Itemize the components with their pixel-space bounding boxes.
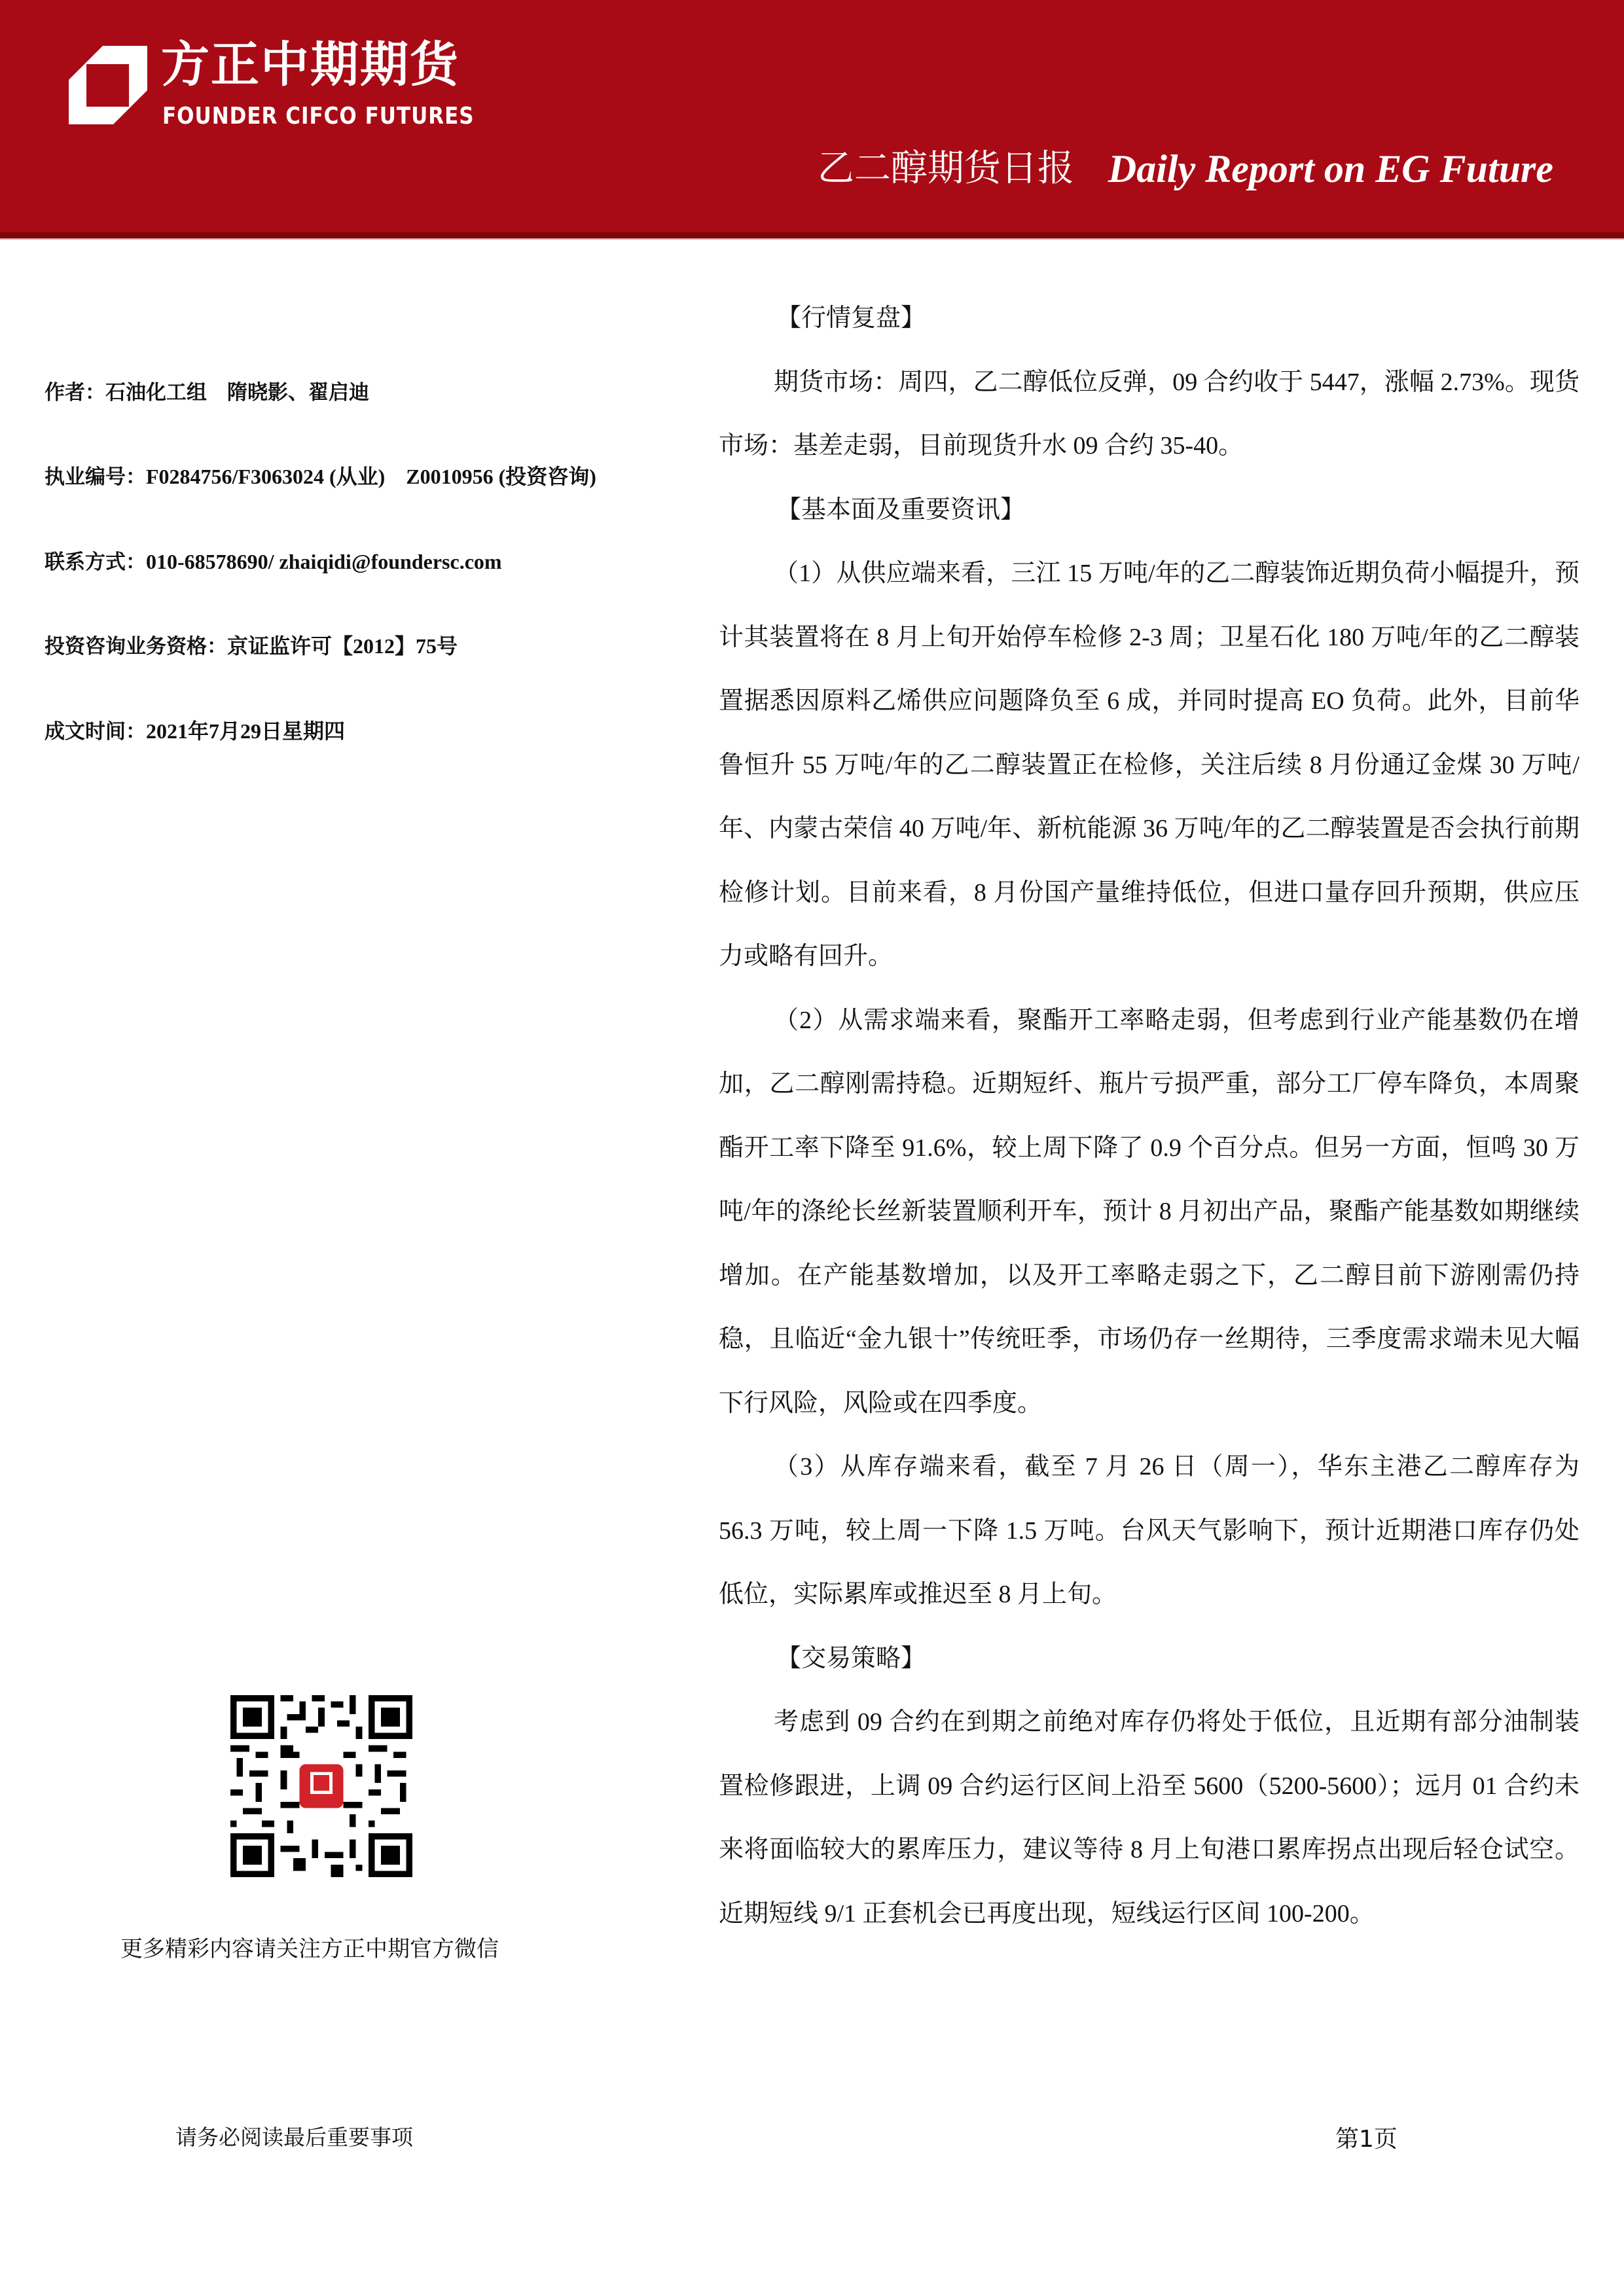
- brand-name-cn: 方正中期期货: [161, 41, 460, 89]
- brand-name-en: FOUNDER CIFCO FUTURES: [162, 105, 475, 128]
- market-review-text: 期货市场：周四，乙二醇低位反弹，09 合约收于 5447，涨幅 2.73%。现货…: [719, 351, 1579, 478]
- report-title-cn: 乙二醇期货日报: [818, 147, 1074, 190]
- meta-license: 执业编号：F0284756/F3063024 (从业) Z0010956 (投资…: [45, 466, 596, 488]
- fundamentals-demand-text: （2）从需求端来看，聚酯开工率略走弱，但考虑到行业产能基数仍在增加，乙二醇刚需持…: [719, 989, 1579, 1436]
- meta-date-label: 成文时间：: [45, 720, 146, 744]
- qr-caption: 更多精彩内容请关注方正中期官方微信: [120, 1931, 499, 1963]
- meta-qualification-value: 京证监许可【2012】75号: [227, 634, 458, 658]
- page-number: 第1页: [1335, 2121, 1398, 2154]
- wechat-qr-code-icon[interactable]: [230, 1695, 412, 1877]
- meta-author: 作者：石油化工组 隋晓影、翟启迪: [45, 382, 369, 403]
- header-divider-shadow: [0, 238, 1624, 240]
- meta-contact-label: 联系方式：: [45, 550, 146, 574]
- meta-qualification-label: 投资咨询业务资格：: [45, 635, 227, 658]
- report-title-en: Daily Report on EG Future: [1108, 147, 1553, 190]
- meta-license-label: 执业编号：: [45, 465, 146, 489]
- fundamentals-inventory-text: （3）从库存端来看，截至 7 月 26 日（周一），华东主港乙二醇库存为 56.…: [719, 1435, 1579, 1627]
- meta-date: 成文时间：2021年7月29日星期四: [45, 721, 345, 742]
- section-heading-market-review: 【行情复盘】: [719, 287, 1579, 351]
- footer-notice: 请务必阅读最后重要事项: [175, 2121, 413, 2151]
- fundamentals-supply-text: （1）从供应端来看，三江 15 万吨/年的乙二醇装饰近期负荷小幅提升，预计其装置…: [719, 542, 1579, 989]
- meta-date-value: 2021年7月29日星期四: [146, 719, 345, 743]
- meta-author-value: 石油化工组 隋晓影、翟启迪: [105, 381, 369, 404]
- report-body: 【行情复盘】 期货市场：周四，乙二醇低位反弹，09 合约收于 5447，涨幅 2…: [719, 287, 1579, 1946]
- meta-qualification: 投资咨询业务资格：京证监许可【2012】75号: [45, 636, 458, 657]
- section-heading-strategy: 【交易策略】: [719, 1627, 1579, 1691]
- meta-author-label: 作者：: [45, 381, 105, 404]
- meta-contact: 联系方式：010-68578690/ zhaiqidi@foundersc.co…: [45, 551, 502, 573]
- report-title: 乙二醇期货日报Daily Report on EG Future: [818, 149, 1553, 188]
- meta-license-value: F0284756/F3063024 (从业) Z0010956 (投资咨询): [146, 465, 596, 488]
- strategy-text: 考虑到 09 合约在到期之前绝对库存仍将处于低位，且近期有部分油制装置检修跟进，…: [719, 1691, 1579, 1946]
- section-heading-fundamentals: 【基本面及重要资讯】: [719, 478, 1579, 543]
- header-divider: [0, 232, 1624, 238]
- meta-contact-value[interactable]: 010-68578690/ zhaiqidi@foundersc.com: [146, 550, 502, 573]
- founder-logo-icon: [69, 46, 147, 124]
